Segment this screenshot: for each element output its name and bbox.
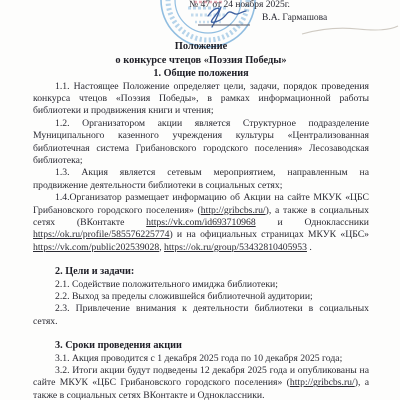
- scanned-document-page: № 47 от 24 ноября 2025г. В.А. Гармашова …: [0, 0, 400, 400]
- text-run: 2.3. Привлечение внимания к деятельности…: [33, 303, 369, 326]
- section-heading: 1. Общие положения: [33, 67, 369, 81]
- link-url: http://gribcbs.ru/: [201, 205, 266, 216]
- link-url: https://ok.ru/profile/585576225774: [33, 229, 169, 240]
- link-url: https://vk.com/id693710968: [146, 217, 256, 228]
- text-run: и Одноклассники: [256, 217, 369, 228]
- paragraph: 2.1. Содействие положительного имиджа би…: [33, 279, 369, 291]
- sections-container: 1. Общие положения1.1. Настоящее Положен…: [33, 67, 369, 400]
- text-run: .: [307, 242, 312, 253]
- signature-icon: [188, 3, 273, 31]
- paragraph: 3.2. Итоги акции будут подведены 12 дека…: [33, 365, 369, 400]
- paragraph: 1.3. Акция является сетевым мероприятием…: [33, 167, 369, 192]
- text-run: 1.1. Настоящее Положение определяет цели…: [33, 81, 369, 117]
- paragraph: 2.3. Привлечение внимания к деятельности…: [33, 303, 369, 328]
- text-run: ) и на официальных страницах МКУК «ЦБС»: [169, 229, 369, 240]
- link-url: https://ok.ru/group/53432810405953: [164, 242, 307, 253]
- document-subtitle: о конкурсе чтецов «Поэзия Победы»: [33, 54, 369, 68]
- section-heading: 2. Цели и задачи:: [55, 266, 369, 278]
- paragraph: 2.2. Выход за пределы сложившейся библио…: [33, 291, 369, 303]
- paragraph: 1.2. Организатором акции является Структ…: [33, 118, 369, 168]
- document-body: Положение о конкурсе чтецов «Поэзия Побе…: [33, 40, 369, 400]
- text-run: 1.2. Организатором акции является Структ…: [33, 118, 369, 166]
- paragraph: 3.1. Акция проводится с 1 декабря 2025 г…: [33, 353, 369, 365]
- section-heading: 3. Сроки проведения акции: [55, 340, 369, 352]
- link-url: http://gribcbs.ru/: [290, 377, 355, 388]
- text-run: 3.1. Акция проводится с 1 декабря 2025 г…: [55, 353, 342, 364]
- link-url: https://vk.com/public202539028: [33, 242, 159, 253]
- text-run: 1.3. Акция является сетевым мероприятием…: [33, 167, 369, 190]
- document-title: Положение: [33, 40, 369, 54]
- text-run: 2.1. Содействие положительного имиджа би…: [55, 279, 278, 290]
- text-run: 2.2. Выход за пределы сложившейся библио…: [55, 291, 313, 302]
- paragraph: 1.4.Организатор размещает информацию об …: [33, 192, 369, 254]
- paragraph: 1.1. Настоящее Положение определяет цели…: [33, 81, 369, 118]
